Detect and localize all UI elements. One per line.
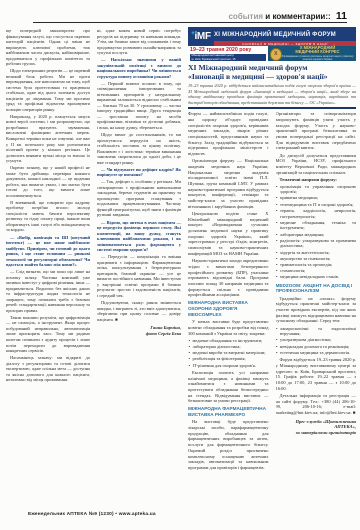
bullet-item: приватна медицина; (276, 195, 357, 201)
article-column-1: ще попередній законопроект про фінансува… (6, 28, 90, 503)
bullet-item: ІТ-рішення для охорони здоров'я. (188, 363, 269, 369)
topics-list: організація та управління охороною здоро… (276, 184, 357, 281)
interview-question: — «Вибір, навігація та ШІ (штучний інтел… (6, 235, 90, 268)
banner-venue: Міжнародний виставковий центр м. Київ, Б… (190, 54, 266, 62)
paragraph: Щодо електронних рецептів — це окремий в… (6, 68, 90, 112)
paragraph: — Передусім — комунікація та вміння прац… (97, 254, 181, 298)
interview-question: — Чи відчуваєте ви дефіцит кадрів? Як ви… (97, 167, 181, 178)
forum-banner: +iMF XI МІЖНАРОДНИЙ МЕДИЧНИЙ ФОРУМ ІННОВ… (188, 27, 356, 61)
paragraph: Організатори та співорганізатори запрошу… (276, 111, 357, 151)
paragraph: — Слід визнати, що ми поки що лише на по… (6, 269, 90, 313)
bullet-item: естетична медицина та дерматологія. (276, 350, 357, 356)
paragraph: Організатори форуму — Національна академ… (188, 158, 269, 209)
bullet-item: травматологія та ортопедія; (276, 262, 357, 268)
paragraph: ні, адже кожен новий сервіс потребує рес… (97, 28, 181, 56)
bullet-item: радіологія: ультразвукова та променева д… (276, 238, 357, 249)
paragraph: Також важливо розуміти, що цифровізація … (6, 315, 90, 354)
paragraph: На виставці буде представлено лікарські … (188, 419, 269, 470)
interview-question: — Відомо, що аптека в очах пацієнта — це… (97, 220, 181, 253)
bullet-item: лабораторна медицина; (276, 232, 357, 238)
paragraph: У межах виставки буде представлено новіт… (188, 319, 269, 336)
article-column-2: ні, адже кожен новий сервіс потребує рес… (97, 28, 181, 503)
paragraph: Форум відбудеться 19–23 травня 2020 р. у… (276, 357, 357, 391)
congress-medal-icon: X (270, 48, 283, 61)
paragraph: — Так, дефіцит є, особливо у регіонах. М… (97, 179, 181, 218)
bullet-item: стоматологія; (276, 268, 357, 274)
bullet-item: лабораторна діагностика; (188, 344, 269, 350)
forum-column-1: Форум — наймасштабніша подія галузі, яка… (188, 111, 269, 513)
paragraph: ще попередній законопроект про фінансува… (6, 28, 90, 67)
page-number: 11 (336, 10, 347, 22)
section-divider (188, 107, 356, 109)
bullet-item: невідкладна допомога та реанімація; (276, 344, 357, 350)
section-title-muted: события (228, 12, 263, 21)
press-service-byline: Прес-служба «Щотижневика АПТЕКА», за мат… (276, 419, 357, 437)
paragraph: Окремо зазначу, що у нашій професії не м… (6, 165, 90, 198)
workshops-list: лапароскопічні та ендоскопічні втручання… (276, 326, 357, 356)
paragraph: Підсумовуючи, скажу: ринок змінюється шв… (97, 300, 181, 322)
bullet-item: лапароскопічні та ендоскопічні втручання… (276, 326, 357, 337)
bullet-item: хірургія та анестезіологія; (276, 250, 357, 256)
bullet-item: терапія, кардіологія, неврологія, гастро… (276, 208, 357, 219)
imf-logo: +iMF (188, 27, 214, 46)
paragraph: Центральною подією стане X Ювілейний між… (188, 211, 269, 257)
paragraph: Щодо вимог до постачальників, то ми оріє… (97, 132, 181, 165)
bullet-item: акушерство та гінекологія; (276, 256, 357, 262)
congress-subtitle: Впровадження сучасних досягнень медичної… (281, 56, 354, 62)
page-header: события и комментарии:: 11 (228, 10, 347, 22)
bullet-item: медичне обладнання, техніка та інструмен… (276, 220, 357, 231)
forum-article-section: +iMF XI МІЖНАРОДНИЙ МЕДИЧНИЙ ФОРУМ ІННОВ… (188, 27, 356, 515)
paragraph: До дискусій долучаться представники МОЗ … (276, 153, 357, 176)
paragraph: Традиційно на «полях» форуму відбудуться… (276, 296, 357, 324)
banner-bottom-bar: 19–23 травня 2020 року Міжнародний виста… (188, 46, 356, 61)
section-title-strong: и комментарии:: (265, 12, 330, 21)
newspaper-page: события и комментарии:: 11 ще попередній… (0, 0, 360, 530)
medcomplex-list: медичне обладнання та інструменти; лабор… (188, 338, 269, 368)
paragraph: — Перший момент полягає в тому, що співв… (97, 81, 181, 131)
byline-photo-credit: фото Сергія Бека (97, 331, 181, 337)
forum-column-2: Організатори та співорганізатори запрошу… (276, 111, 357, 513)
bullet-item: медицина невідкладних станів. (276, 274, 357, 280)
congress-block: X X МІЖНАРОДНИЙ МЕДИЧНИЙ КОНГРЕС Впровад… (268, 46, 356, 61)
paragraph: Насамкінець зазначу: ми відкриті до діал… (6, 355, 90, 383)
banner-top-bar: +iMF XI МІЖНАРОДНИЙ МЕДИЧНИЙ ФОРУМ ІННОВ… (188, 27, 356, 46)
paragraph: Форум — наймасштабніша подія галузі, яка… (188, 111, 269, 157)
banner-dates: 19–23 травня 2020 року (190, 47, 266, 53)
interview-question: — Наскільки значними у вашій закупівельн… (97, 57, 181, 79)
subheading-medzoom: MEDZOOM: АКЦЕНТ НА ДОСВІД І ПРОФЕСІОНАЛІ… (276, 283, 357, 294)
banner-title: XI МІЖНАРОДНИЙ МЕДИЧНИЙ ФОРУМ (214, 27, 356, 41)
author-byline: Ганна Барміна, фото Сергія Бека (97, 325, 181, 337)
bullet-item: телемедицина та ІТ в охороні здоров'я; (276, 202, 357, 208)
footer-issue-info: Еженедельник АПТЕКА №9 (1230) • www.apte… (28, 512, 156, 517)
article-lead: 19–23 травня 2020 р. відбудеться наймасш… (188, 83, 356, 105)
imf-logo-text: iMF (194, 31, 210, 42)
paragraph: Експозиція охопить усі напрямки клінічно… (188, 370, 269, 404)
bullet-item: медичне обладнання та інструменти; (188, 338, 269, 344)
subheading-medcomplex: МІЖНАРОДНА ВИСТАВКА ОХОРОНИ ЗДОРОВ'Я MED… (188, 300, 269, 317)
bullet-item: реабілітація та фізіотерапія; (188, 356, 269, 362)
paragraph: Я впевнений, що говорити про кадрову про… (6, 200, 90, 233)
header-rule (33, 22, 347, 23)
topics-list-intro: Тематичні напрями форуму: (276, 177, 357, 183)
paragraph: Науково-практичні заходи акредитовано зг… (188, 258, 269, 298)
bullet-item: медичні вироби та витратні матеріали; (188, 350, 269, 356)
bullet-item: ультразвукова діагностика; (276, 337, 357, 343)
paragraph-contacts: Детальна інформація та реєстрація — на с… (276, 393, 357, 416)
paragraph: Наприклад, у 2020 р. планується запуск н… (6, 114, 90, 164)
article-headline: XI Міжнародний медичний форум «Інновації… (188, 64, 356, 81)
subheading-pharmexpo: МІЖНАРОДНА ФАРМАЦЕВТИЧНА ВИСТАВКА PHARME… (188, 406, 269, 417)
bullet-item: організація та управління охороною здоро… (276, 184, 357, 195)
